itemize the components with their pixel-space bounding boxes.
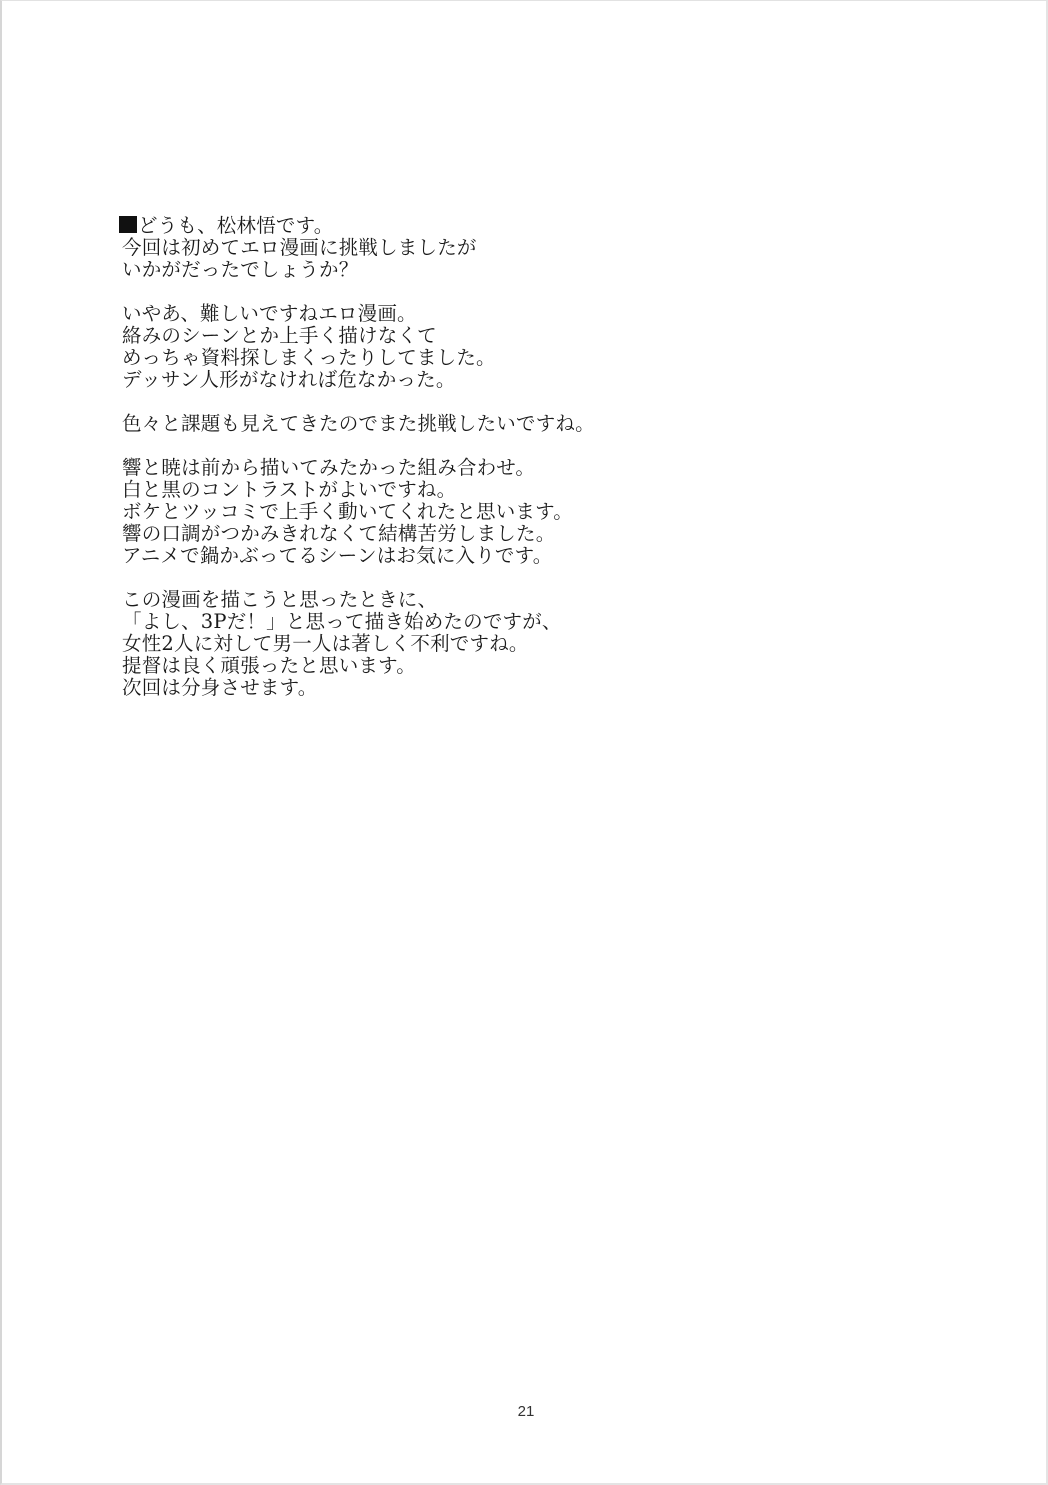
text-line: 今回は初めてエロ漫画に挑戦しましたが — [119, 237, 919, 259]
paragraph-gap — [119, 435, 919, 457]
paragraph-gap — [119, 281, 919, 303]
text-line: 次回は分身させます。 — [119, 677, 919, 699]
text-line: 響の口調がつかみきれなくて結構苦労しました。 — [119, 523, 919, 545]
text-line: 「よし、3Pだ！」と思って描き始めたのですが、 — [119, 611, 919, 633]
text-line: どうも、松林悟です。 — [119, 215, 919, 237]
text-line: ボケとツッコミで上手く動いてくれたと思います。 — [119, 501, 919, 523]
text-line: 白と黒のコントラストがよいですね。 — [119, 479, 919, 501]
text-line: 色々と課題も見えてきたのでまた挑戦したいですね。 — [119, 413, 919, 435]
text-line: いやあ、難しいですねエロ漫画。 — [119, 303, 919, 325]
afterword-text: どうも、松林悟です。 今回は初めてエロ漫画に挑戦しましたが いかがだったでしょう… — [119, 215, 919, 699]
page-number: 21 — [2, 1403, 1048, 1420]
text-line: デッサン人形がなければ危なかった。 — [119, 369, 919, 391]
paragraph-gap — [119, 391, 919, 413]
text-line: 提督は良く頑張ったと思います。 — [119, 655, 919, 677]
text-line: この漫画を描こうと思ったときに、 — [119, 589, 919, 611]
text-line: 絡みのシーンとか上手く描けなくて — [119, 325, 919, 347]
document-page: どうも、松林悟です。 今回は初めてエロ漫画に挑戦しましたが いかがだったでしょう… — [0, 0, 1048, 1485]
paragraph-gap — [119, 567, 919, 589]
text-line: いかがだったでしょうか？ — [119, 259, 919, 281]
black-square-bullet-icon — [119, 216, 137, 233]
text-line: 女性2人に対して男一人は著しく不利ですね。 — [119, 633, 919, 655]
text-line: めっちゃ資料探しまくったりしてました。 — [119, 347, 919, 369]
text-line: アニメで鍋かぶってるシーンはお気に入りです。 — [119, 545, 919, 567]
text-line: 響と暁は前から描いてみたかった組み合わせ。 — [119, 457, 919, 479]
